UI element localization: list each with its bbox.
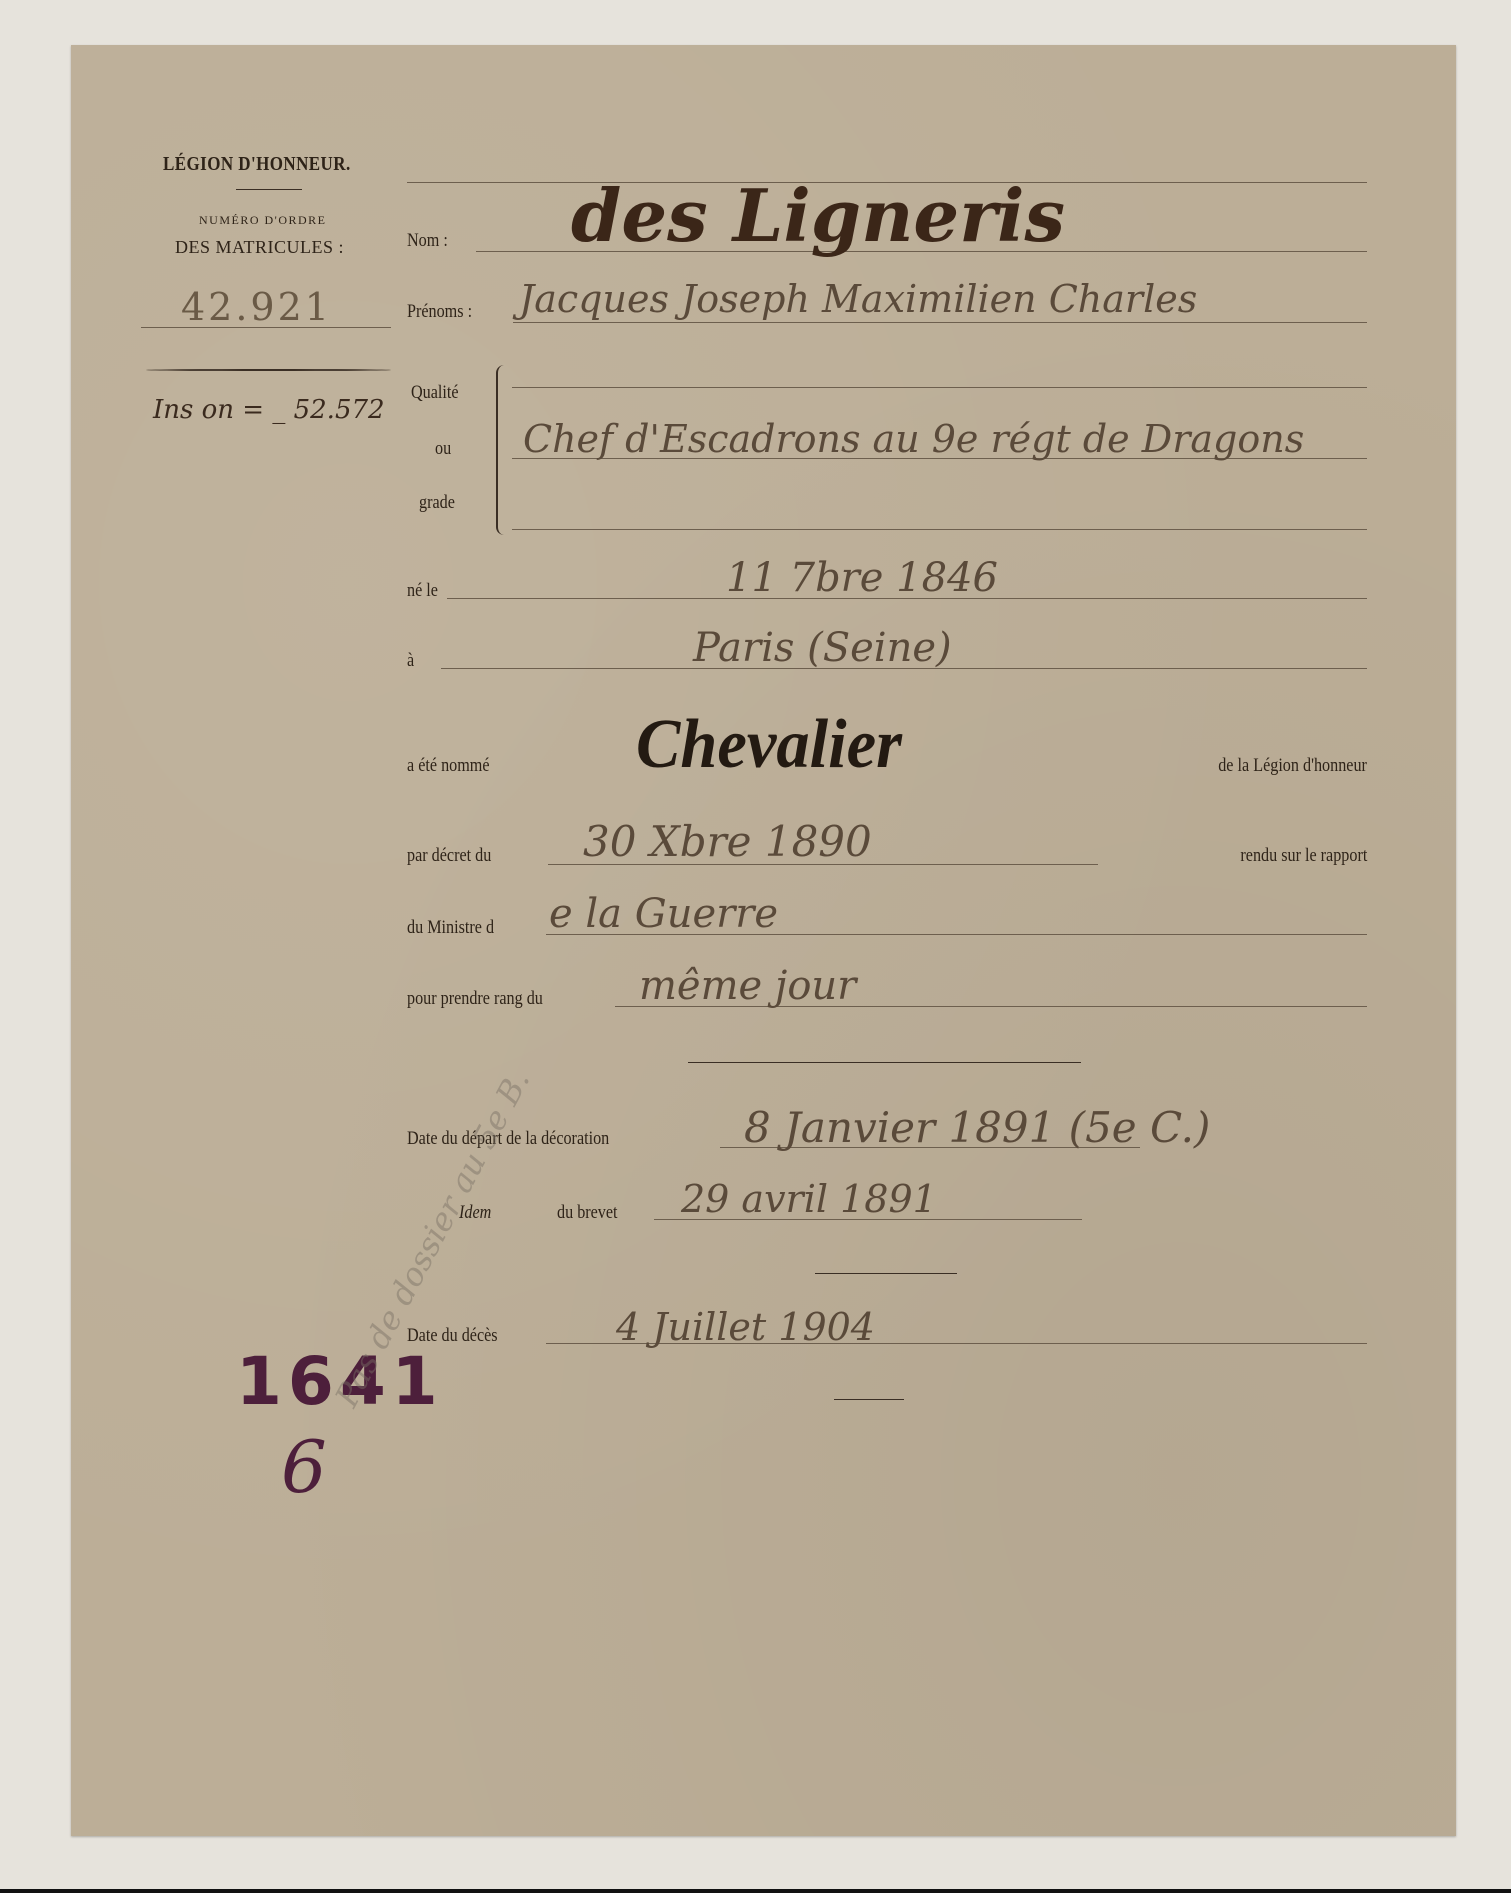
section-divider-1	[688, 1062, 1081, 1063]
rang-label: pour prendre rang du	[407, 988, 543, 1010]
nomme-label: a été nommé	[407, 755, 490, 777]
order-label-small: NUMÉRO D'ORDRE	[199, 213, 327, 228]
scan-edge	[0, 1889, 1511, 1893]
qualite-label: Qualité	[411, 382, 459, 404]
brevet-label: du brevet	[557, 1202, 618, 1224]
ne-le-value: 11 7bre 1846	[726, 555, 998, 601]
ou-label: ou	[435, 438, 451, 460]
qualite-value: Chef d'Escadrons au 9e régt de Dragons	[523, 417, 1304, 461]
order-label: DES MATRICULES :	[175, 237, 344, 258]
ministre-label: du Ministre d	[407, 917, 494, 939]
title-divider	[236, 189, 302, 190]
rang-value: même jour	[639, 963, 856, 1009]
decret-label: par décret du	[407, 845, 491, 867]
prenoms-line	[513, 322, 1367, 323]
inscription-note: Ins on = _ 52.572	[153, 395, 385, 425]
section-divider-3	[834, 1399, 904, 1400]
ne-le-label: né le	[407, 580, 438, 602]
matricule-number: 42.921	[181, 285, 332, 329]
section-divider-2	[815, 1273, 957, 1274]
archival-record-card: LÉGION D'HONNEUR. NUMÉRO D'ORDRE DES MAT…	[71, 45, 1456, 1836]
nom-label: Nom :	[407, 230, 448, 252]
qualite-line-top	[512, 387, 1367, 388]
legion-honneur-title: LÉGION D'HONNEUR.	[163, 153, 351, 176]
lieu-label: à	[407, 650, 414, 672]
ministre-value: e la Guerre	[549, 891, 778, 937]
depart-value: 8 Janvier 1891 (5e C.)	[744, 1103, 1210, 1152]
legion-label: de la Légion d'honneur	[1218, 755, 1367, 777]
prenoms-label: Prénoms :	[407, 301, 472, 323]
nom-value: des Ligneris	[571, 173, 1065, 258]
grade-label: grade	[419, 492, 455, 514]
deces-value: 4 Juillet 1904	[616, 1305, 875, 1349]
brevet-value: 29 avril 1891	[681, 1177, 937, 1221]
qualite-line-bottom	[512, 529, 1367, 530]
grade-printed: Chevalier	[636, 705, 902, 785]
qualite-brace	[496, 365, 506, 535]
rapport-label: rendu sur le rapport	[1240, 845, 1367, 867]
sub-number-stamp: 6	[281, 1425, 327, 1509]
decret-value: 30 Xbre 1890	[583, 817, 872, 866]
matricule-underline	[141, 327, 391, 328]
ornamental-divider	[146, 369, 391, 371]
lieu-value: Paris (Seine)	[693, 625, 952, 671]
prenoms-value: Jacques Joseph Maximilien Charles	[519, 277, 1197, 321]
